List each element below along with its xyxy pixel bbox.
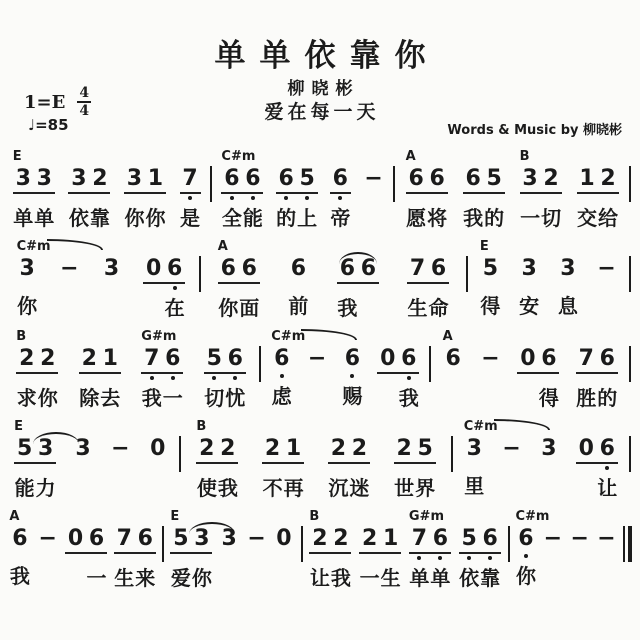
lyrics-row: 依靠	[68, 205, 110, 233]
note-token: 3	[68, 166, 89, 192]
octave-dots-row	[276, 194, 318, 202]
lyric: 我	[337, 295, 358, 323]
lyrics-row: 不再	[262, 475, 304, 503]
note-group: −	[110, 416, 131, 501]
note-token: −	[307, 346, 328, 372]
note-group: E53能力	[14, 416, 56, 503]
octave-dots-row	[501, 462, 522, 470]
low-octave-dot	[280, 374, 284, 378]
note-token: −	[569, 526, 590, 552]
lyric	[59, 293, 80, 321]
octave-dot-slot	[480, 554, 501, 562]
lyric: 你	[124, 205, 145, 233]
chord-row	[407, 236, 449, 256]
octave-dots-row	[101, 282, 122, 290]
lyrics-row: 你你	[124, 205, 166, 233]
note-token: 3	[538, 436, 559, 462]
note-token: 6	[428, 256, 449, 282]
lyric: 胜	[576, 385, 597, 413]
octave-dot-slot	[358, 284, 379, 292]
notes-row: 06	[377, 346, 419, 374]
chord-row	[363, 146, 384, 166]
notes-row: 65	[463, 166, 505, 194]
note-group: −	[363, 146, 384, 231]
note-group: 06在	[143, 236, 185, 323]
chord-row	[519, 236, 540, 256]
octave-dots-row	[557, 282, 578, 290]
lyric: 生	[380, 565, 401, 593]
octave-dot-slot	[13, 194, 34, 202]
chord-row	[79, 326, 121, 346]
notes-row: 6	[288, 256, 309, 282]
lyrics-row: 胜的	[576, 385, 618, 413]
note-token: 6	[239, 256, 260, 282]
octave-dot-slot	[225, 374, 246, 382]
lyrics-row: 生来	[114, 565, 156, 593]
note-group: 3	[73, 416, 94, 501]
time-signature: 4 4	[77, 86, 91, 118]
lyrics-row	[569, 563, 590, 591]
octave-dot-slot	[221, 194, 242, 202]
lyric: 一	[162, 385, 183, 413]
octave-dots-row	[124, 194, 166, 202]
octave-dot-slot	[406, 194, 427, 202]
octave-dots-row	[9, 552, 30, 560]
octave-dot-slot	[73, 462, 94, 470]
measure: A66愿将65我的B32一切12交给	[398, 146, 626, 233]
score-line: C#m3你−306在A66你面6前66我76生命E5得3安3息−	[0, 236, 640, 323]
octave-dots-row	[337, 284, 379, 292]
octave-dot-slot	[9, 552, 30, 560]
note-group: B22使我	[196, 416, 238, 503]
octave-dots-row	[363, 192, 384, 200]
note-token: 3	[13, 166, 34, 192]
note-group: 3	[219, 506, 240, 591]
note-token: 6	[597, 436, 618, 462]
chord-row	[596, 506, 617, 526]
lyrics-row: 里	[464, 473, 485, 501]
chord-label: E	[14, 419, 23, 434]
lyric: 你	[145, 205, 166, 233]
lyrics-row: 得	[480, 293, 501, 321]
note-token: 3	[124, 166, 145, 192]
notes-row: −	[110, 436, 131, 462]
low-octave-dot	[305, 196, 309, 200]
notes-row: 33	[13, 166, 55, 194]
chord-row: E	[13, 146, 55, 166]
octave-dots-row	[377, 374, 419, 382]
lyrics-row	[480, 383, 501, 411]
note-group: 06让	[576, 416, 618, 503]
octave-dot-slot	[297, 194, 318, 202]
time-denominator: 4	[79, 103, 89, 118]
lyric	[377, 385, 398, 413]
notes-row: 6	[515, 526, 536, 552]
note-token: 6	[135, 526, 156, 552]
lyric: 一	[359, 565, 380, 593]
octave-dot-slot	[59, 282, 80, 290]
octave-dot-slot	[398, 374, 419, 382]
chord-row	[276, 146, 318, 166]
octave-dots-row	[443, 372, 464, 380]
octave-dot-slot	[328, 464, 349, 472]
lyrics-row	[596, 563, 617, 591]
lyric	[273, 563, 294, 591]
lyric: 我	[463, 205, 484, 233]
lyrics-row: 你	[515, 563, 536, 591]
note-token: 6	[288, 256, 309, 282]
octave-dots-row	[79, 374, 121, 382]
lyrics-row: 虑	[271, 383, 292, 411]
lyric	[101, 293, 122, 321]
chord-label: A	[9, 509, 19, 524]
note-group: −	[501, 416, 522, 501]
octave-dots-row	[330, 194, 351, 202]
measure: C#m3你−306在	[6, 236, 196, 323]
note-token: 6	[242, 166, 263, 192]
note-token: 6	[406, 166, 427, 192]
note-token: 6	[430, 526, 451, 552]
chord-row: C#m	[221, 146, 263, 166]
chord-row: A	[218, 236, 260, 256]
barline	[179, 436, 181, 472]
measure: C#m3里−306让	[456, 416, 626, 503]
octave-dot-slot	[484, 194, 505, 202]
note-group: C#m3你	[17, 236, 38, 321]
note-token: 2	[330, 526, 351, 552]
lyric: 靠	[480, 565, 501, 593]
note-group: 06得	[517, 326, 559, 413]
octave-dot-slot	[427, 194, 448, 202]
final-barline	[623, 526, 632, 562]
octave-dot-slot	[68, 194, 89, 202]
lyrics-row	[501, 473, 522, 501]
notes-row: 76	[141, 346, 183, 374]
note-token: 0	[65, 526, 86, 552]
chord-label: G#m	[141, 329, 176, 344]
note-token: 2	[541, 166, 562, 192]
lyric: 前	[288, 293, 309, 321]
lyric: 你	[37, 385, 58, 413]
octave-dots-row	[576, 374, 618, 382]
measure: A6我−06一76生来	[6, 506, 159, 593]
note-token: 7	[409, 526, 430, 552]
octave-dots-row	[307, 372, 328, 380]
lyrics-row	[273, 563, 294, 591]
note-token: −	[246, 526, 267, 552]
notes-row: 76	[409, 526, 451, 554]
lyrics-row	[59, 293, 80, 321]
measure: B22使我21不再22沉迷25世界	[184, 416, 447, 503]
note-token: 2	[359, 526, 380, 552]
octave-dot-slot	[191, 554, 212, 562]
octave-dot-slot	[273, 552, 294, 560]
lyrics-row	[37, 563, 58, 591]
note-token: 5	[297, 166, 318, 192]
note-token: −	[37, 526, 58, 552]
octave-dot-slot	[363, 192, 384, 200]
octave-dots-row	[409, 554, 451, 562]
lyrics-row	[538, 473, 559, 501]
measure: E53爱你3−0	[167, 506, 297, 593]
octave-dots-row	[143, 284, 185, 292]
note-group: 25世界	[394, 416, 436, 503]
low-octave-dot	[233, 376, 237, 380]
octave-dots-row	[577, 194, 619, 202]
lyric	[358, 295, 379, 323]
chord-row	[246, 506, 267, 526]
note-group: −	[59, 236, 80, 321]
note-token: 1	[577, 166, 598, 192]
octave-dot-slot	[459, 554, 480, 562]
lyrics-row: 我	[337, 295, 379, 323]
measure: A6−06得76胜的	[434, 326, 626, 413]
octave-dot-slot	[147, 462, 168, 470]
lyric: 面	[239, 295, 260, 323]
octave-dot-slot	[164, 284, 185, 292]
note-group: 12交给	[577, 146, 619, 233]
note-group: 0	[273, 506, 294, 591]
barline	[199, 256, 201, 292]
note-token: 5	[415, 436, 436, 462]
notes-row: 6	[330, 166, 351, 194]
low-octave-dot	[524, 554, 528, 558]
lyric: 切	[204, 385, 225, 413]
song-title: 单单依靠你	[0, 30, 640, 75]
notes-row: −	[480, 346, 501, 372]
lyric: 得	[538, 385, 559, 413]
octave-dot-slot	[394, 464, 415, 472]
lyric: 依	[459, 565, 480, 593]
octave-dots-row	[59, 282, 80, 290]
lyric: 虑	[271, 383, 292, 411]
chord-label: C#m	[464, 419, 498, 434]
octave-dot-slot	[330, 194, 351, 202]
octave-dot-slot	[114, 554, 135, 562]
note-group: −	[307, 326, 328, 411]
lyric: 里	[464, 473, 485, 501]
octave-dot-slot	[124, 194, 145, 202]
barline	[629, 166, 631, 202]
octave-dots-row	[519, 282, 540, 290]
lyrics-row: 依靠	[459, 565, 501, 593]
note-group: 6赐	[342, 326, 363, 411]
note-token: 2	[196, 436, 217, 462]
chord-label: C#m	[271, 329, 305, 344]
lyric	[143, 295, 164, 323]
chord-label: A	[218, 239, 228, 254]
note-token: 5	[459, 526, 480, 552]
lyric: 一	[520, 205, 541, 233]
final-barline-thin	[623, 526, 625, 562]
lyrics-row: 单单	[409, 565, 451, 593]
note-token: 3	[464, 436, 485, 462]
score-line: B22求你21除去G#m76我一56切忧C#m6虑−6赐06我A6−06得76胜…	[0, 326, 640, 413]
chord-row: C#m	[17, 236, 38, 256]
octave-dot-slot	[415, 464, 436, 472]
words-music-credit: Words & Music by 柳晓彬	[447, 119, 622, 138]
measure: C#m6虑−6赐06我	[264, 326, 426, 413]
chord-row	[359, 506, 401, 526]
lyric: 爱	[170, 565, 191, 593]
notes-row: 66	[218, 256, 260, 284]
lyrics-row: 生命	[407, 295, 449, 323]
lyrics-row: 的上	[276, 205, 318, 233]
lyrics-row: 愿将	[406, 205, 448, 233]
octave-dots-row	[538, 462, 559, 470]
chord-label: B	[520, 149, 530, 164]
octave-dot-slot	[480, 372, 501, 380]
chord-row: B	[196, 416, 238, 436]
note-token: 6	[271, 346, 292, 372]
lyric: 忧	[225, 385, 246, 413]
notes-row: −	[307, 346, 328, 372]
octave-dot-slot	[349, 464, 370, 472]
notes-row: 22	[196, 436, 238, 464]
barline	[629, 436, 631, 472]
chord-row	[124, 146, 166, 166]
note-group: 31你你	[124, 146, 166, 233]
barline	[629, 256, 631, 292]
note-token: −	[110, 436, 131, 462]
octave-dot-slot	[576, 374, 597, 382]
lyrics-row: 我	[377, 385, 419, 413]
lyrics-row: 求你	[16, 385, 58, 413]
final-barline-thick	[628, 526, 632, 562]
chord-row	[59, 236, 80, 256]
lyrics-row: 使我	[196, 475, 238, 503]
notes-row: −	[246, 526, 267, 552]
lyrics-row: 一	[65, 565, 107, 593]
lyric	[246, 563, 267, 591]
chord-row	[273, 506, 294, 526]
lyric: 帝	[330, 205, 351, 233]
notes-row: 21	[359, 526, 401, 554]
note-token: 6	[162, 346, 183, 372]
chord-row	[288, 236, 309, 256]
octave-dot-slot	[464, 462, 485, 470]
notes-row: 3	[101, 256, 122, 282]
low-octave-dot	[467, 556, 471, 560]
lyrics-row: 是	[180, 205, 201, 233]
note-token: 5	[480, 256, 501, 282]
octave-dot-slot	[86, 554, 107, 562]
chord-label: C#m	[17, 239, 51, 254]
note-group: −	[480, 326, 501, 411]
low-octave-dot	[338, 196, 342, 200]
chord-label: B	[309, 509, 319, 524]
lyric	[576, 475, 597, 503]
lyric	[363, 203, 384, 231]
lyric	[596, 293, 617, 321]
note-token: 3	[519, 256, 540, 282]
note-token: 3	[34, 166, 55, 192]
chord-row: B	[16, 326, 58, 346]
chord-row	[538, 416, 559, 436]
lyrics-row: 在	[143, 295, 185, 323]
notes-row: −	[501, 436, 522, 462]
note-token: 2	[217, 436, 238, 462]
low-octave-dot	[150, 376, 154, 380]
note-token: 6	[480, 526, 501, 552]
note-token: 5	[204, 346, 225, 372]
octave-dot-slot	[17, 282, 38, 290]
note-group: B22让我	[309, 506, 351, 593]
chord-row	[68, 146, 110, 166]
notes-row: 56	[204, 346, 246, 374]
chord-row	[459, 506, 501, 526]
octave-dot-slot	[16, 374, 37, 382]
notes-row: 12	[577, 166, 619, 194]
note-group: A6我	[9, 506, 30, 591]
note-token: 7	[407, 256, 428, 282]
note-token: 1	[100, 346, 121, 372]
chord-row: B	[520, 146, 562, 166]
lyric	[147, 473, 168, 501]
lyrics-row	[101, 293, 122, 321]
chord-row	[101, 236, 122, 256]
notes-row: 66	[406, 166, 448, 194]
note-group: G#m76我一	[141, 326, 183, 413]
octave-dots-row	[37, 552, 58, 560]
octave-dots-row	[480, 372, 501, 380]
octave-dots-row	[65, 554, 107, 562]
chord-row: G#m	[409, 506, 451, 526]
measure: B22让我21一生G#m76单单56依靠	[306, 506, 505, 593]
lyric: 我	[330, 565, 351, 593]
octave-dot-slot	[135, 554, 156, 562]
low-octave-dot	[212, 376, 216, 380]
octave-dot-slot	[89, 194, 110, 202]
octave-dot-slot	[65, 554, 86, 562]
notes-row: −	[596, 256, 617, 282]
note-group: 22沉迷	[328, 416, 370, 503]
lyrics-row: 能力	[14, 475, 56, 503]
lyric: 的	[484, 205, 505, 233]
note-token: 6	[276, 166, 297, 192]
lyrics-row: 我的	[463, 205, 505, 233]
octave-dot-slot	[519, 282, 540, 290]
octave-dot-slot	[271, 372, 292, 380]
octave-dots-row	[180, 194, 201, 202]
note-group: 06一	[65, 506, 107, 593]
octave-dots-row	[14, 464, 56, 472]
lyric: 愿	[406, 205, 427, 233]
note-group: G#m76单单	[409, 506, 451, 593]
octave-dots-row	[110, 462, 131, 470]
lyrics-row: 我一	[141, 385, 183, 413]
low-octave-dot	[230, 196, 234, 200]
note-token: −	[596, 256, 617, 282]
lyric	[569, 563, 590, 591]
octave-dot-slot	[110, 462, 131, 470]
octave-dot-slot	[597, 374, 618, 382]
note-group: C#m6你	[515, 506, 536, 591]
octave-dots-row	[464, 462, 485, 470]
note-token: 2	[394, 436, 415, 462]
note-group: 32依靠	[68, 146, 110, 233]
lyric	[219, 563, 240, 591]
note-token: −	[59, 256, 80, 282]
note-group: 3息	[557, 236, 578, 321]
chord-label: B	[196, 419, 206, 434]
note-group: −	[569, 506, 590, 591]
chord-row	[180, 146, 201, 166]
octave-dot-slot	[246, 552, 267, 560]
note-token: 6	[597, 346, 618, 372]
octave-dot-slot	[79, 374, 100, 382]
note-token: 6	[225, 346, 246, 372]
